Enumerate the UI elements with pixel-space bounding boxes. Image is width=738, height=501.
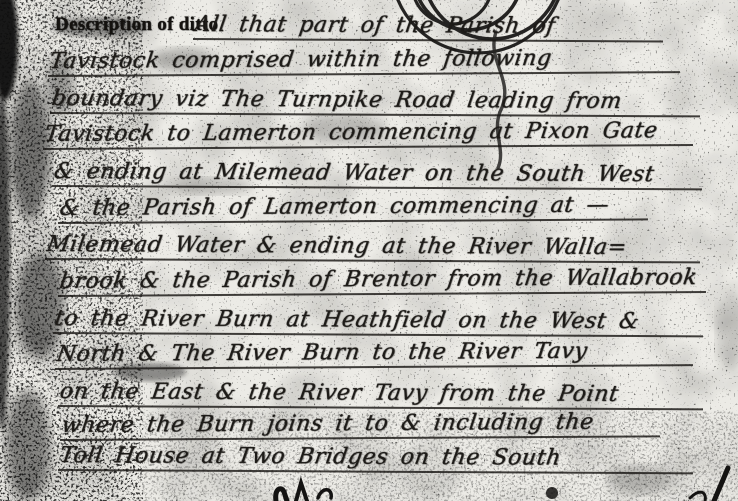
- handwritten-text: Milemead Water & ending at the River Wal…: [45, 231, 629, 261]
- handwritten-text: & ending at Milemead Water on the South …: [52, 158, 656, 188]
- handwritten-line: brook & the Parish of Brentor from the W…: [58, 259, 706, 297]
- handwritten-text: Tavistock to Lamerton commencing at Pixo…: [43, 117, 659, 148]
- handwritten-line: & the Parish of Lamerton commencing at —: [58, 186, 648, 224]
- handwritten-line: All that part of the Parish of: [193, 6, 663, 42]
- handwritten-text: Tavistock comprised within the following: [48, 45, 554, 75]
- handwritten-text: boundary viz The Turnpike Road leading f…: [50, 85, 624, 115]
- scanned-document-page: Description of ditto All that part of th…: [0, 0, 738, 501]
- handwritten-text: North & The River Burn to the River Tavy: [55, 338, 589, 368]
- handwritten-line: where the Burn joins it to & including t…: [60, 403, 660, 441]
- handwritten-line: Milemead Water & ending at the River Wal…: [45, 226, 700, 263]
- handwritten-text: Toll House at Two Bridges on the South: [58, 442, 563, 472]
- handwritten-text: & the Parish of Lamerton commencing at —: [58, 192, 611, 222]
- handwritten-text: brook & the Parish of Brentor from the W…: [58, 264, 699, 295]
- handwritten-text: where the Burn joins it to & including t…: [60, 409, 596, 439]
- handwritten-line: & ending at Milemead Water on the South …: [52, 153, 702, 190]
- handwritten-line: North & The River Burn to the River Tavy: [55, 332, 693, 370]
- document-text-layer: Description of ditto All that part of th…: [0, 0, 738, 501]
- handwritten-line: Tavistock comprised within the following: [48, 39, 680, 77]
- handwritten-line: Tavistock to Lamerton commencing at Pixo…: [43, 112, 693, 150]
- handwritten-text: All that part of the Parish of: [193, 11, 557, 40]
- handwritten-text: to the River Burn at Heathfield on the W…: [53, 305, 641, 335]
- handwritten-line: Toll House at Two Bridges on the South: [58, 437, 693, 474]
